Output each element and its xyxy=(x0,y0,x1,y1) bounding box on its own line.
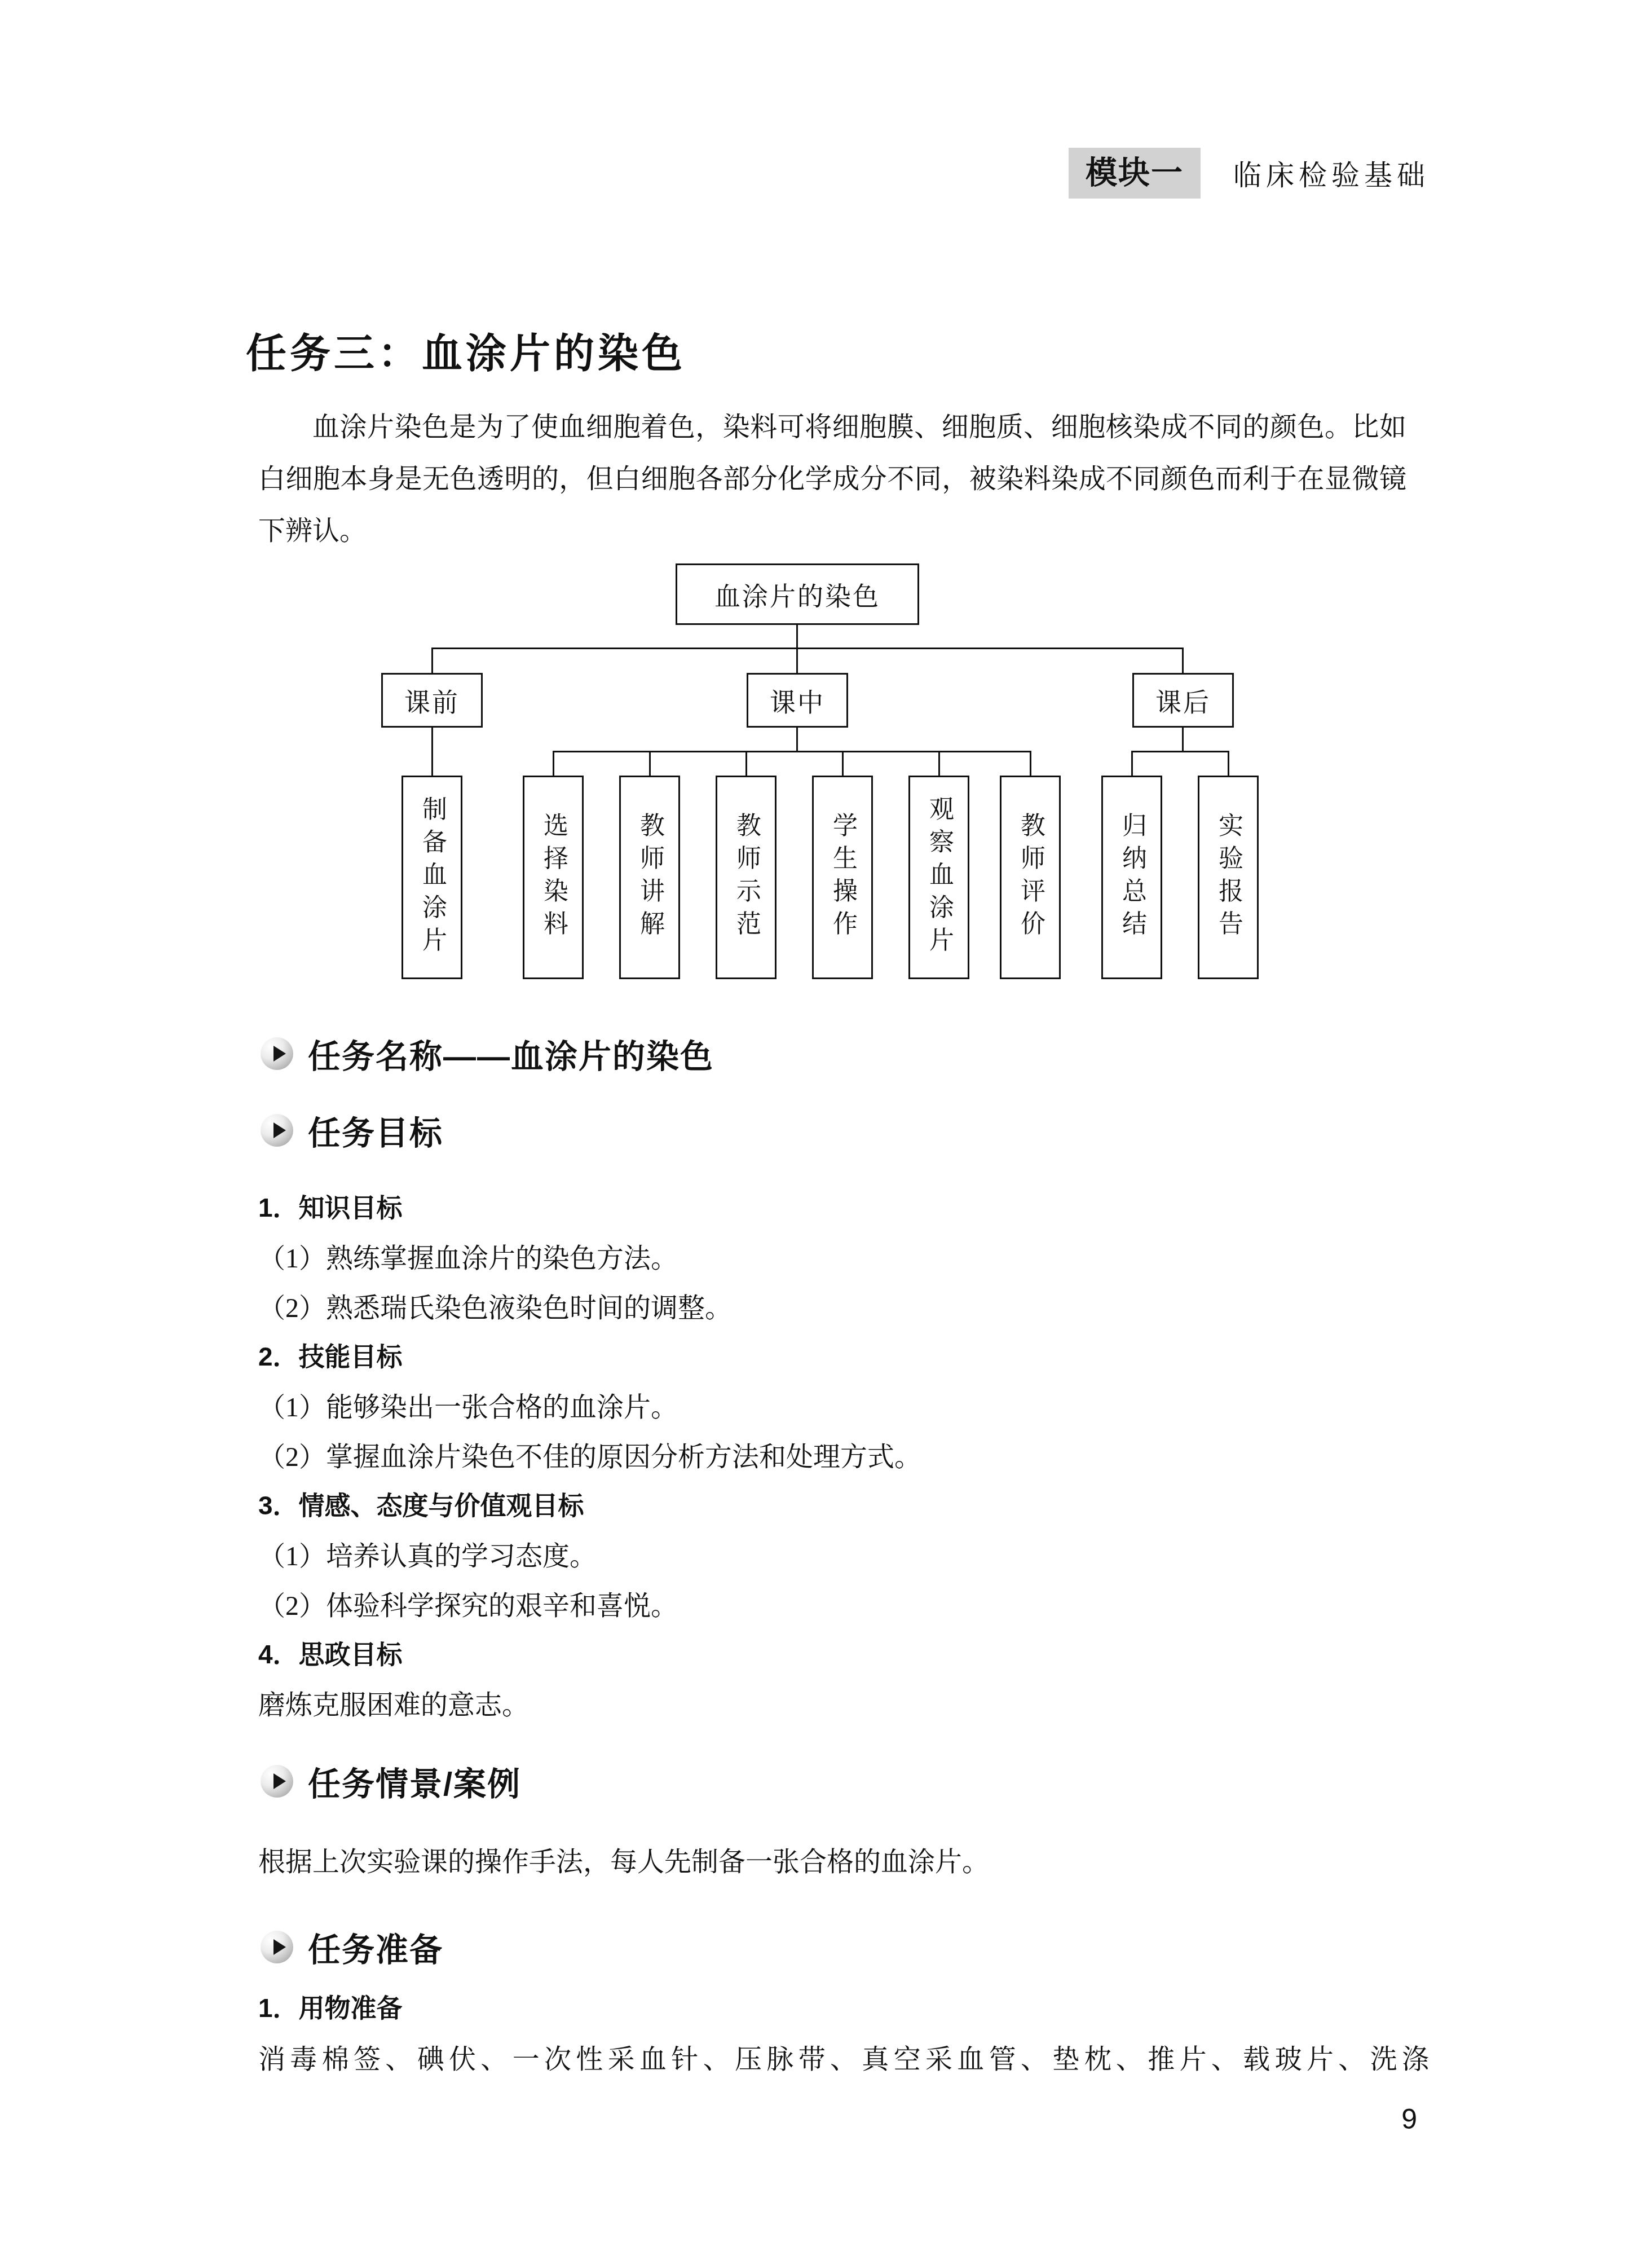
intro-paragraph: 血涂片染色是为了使血细胞着色，染料可将细胞膜、细胞质、细胞核染成不同的颜色。比如… xyxy=(258,402,1406,557)
connector-line xyxy=(796,728,798,751)
flow-node-during-class: 课中 xyxy=(747,673,848,728)
objectives-list: 1．知识目标 （1）熟练掌握血涂片的染色方法。 （2）熟悉瑞氏染色液染色时间的调… xyxy=(258,1181,1409,1727)
objective-item: （1）能够染出一张合格的血涂片。 xyxy=(258,1380,1409,1429)
objective-item: （1）熟练掌握血涂片的染色方法。 xyxy=(258,1231,1409,1280)
module-badge: 模块一 xyxy=(1069,148,1201,199)
connector-line xyxy=(431,648,1184,649)
connector-line xyxy=(796,649,798,673)
connector-line xyxy=(1131,752,1133,776)
section-title: 任务准备 xyxy=(308,1923,443,1971)
flow-leaf-prepare-smear: 制备血涂片 xyxy=(402,776,462,979)
page-header: 模块一 临床检验基础 xyxy=(1069,148,1430,199)
objective-head: 4．思政目标 xyxy=(258,1628,1409,1677)
preparation-heading: 1．用物准备 xyxy=(258,1988,403,2025)
book-page: { "header": { "module_badge": "模块一", "mo… xyxy=(0,0,1628,2268)
objective-head: 3．情感、态度与价值观目标 xyxy=(258,1479,1409,1529)
flow-node-root-label: 血涂片的染色 xyxy=(714,576,880,613)
module-title: 临床检验基础 xyxy=(1233,153,1430,193)
flow-node-label: 课后 xyxy=(1155,682,1211,719)
flow-leaf-teacher-explain: 教师讲解 xyxy=(619,776,680,979)
objective-item: （1）培养认真的学习态度。 xyxy=(258,1529,1409,1578)
connector-line xyxy=(1131,751,1229,752)
flow-leaf-label: 观察血涂片 xyxy=(921,796,957,959)
connector-line xyxy=(553,752,554,776)
flow-leaf-label: 实验报告 xyxy=(1210,812,1246,943)
section-bullet-icon xyxy=(261,1931,293,1963)
page-title: 任务三：血涂片的染色 xyxy=(246,320,686,379)
section-title: 任务情景/案例 xyxy=(308,1758,521,1805)
flow-leaf-label: 学生操作 xyxy=(824,812,861,943)
connector-line xyxy=(1182,728,1184,751)
section-title: 任务目标 xyxy=(308,1107,443,1154)
connector-line xyxy=(431,649,433,673)
section-header-task-preparation: 任务准备 xyxy=(261,1927,443,1967)
objective-item: 磨炼克服困难的意志。 xyxy=(258,1677,1409,1727)
flow-leaf-observe-smear: 观察血涂片 xyxy=(908,776,969,979)
flow-leaf-lab-report: 实验报告 xyxy=(1198,776,1259,979)
objective-head: 1．知识目标 xyxy=(258,1181,1409,1231)
flowchart: 血涂片的染色 课前 课中 课后 制备血涂片 选择染料 教师讲解 教师示范 学生操… xyxy=(310,536,1325,993)
objective-item: （2）熟悉瑞氏染色液染色时间的调整。 xyxy=(258,1280,1409,1330)
flow-node-before-class: 课前 xyxy=(381,673,483,728)
flow-leaf-teacher-demo: 教师示范 xyxy=(716,776,777,979)
section-bullet-icon xyxy=(261,1114,293,1147)
flow-leaf-choose-stain: 选择染料 xyxy=(523,776,584,979)
connector-line xyxy=(745,752,747,776)
preparation-paragraph: 消毒棉签、碘伏、一次性采血针、压脉带、真空采血管、垫枕、推片、载玻片、洗涤 xyxy=(258,2037,1429,2076)
flow-leaf-label: 教师示范 xyxy=(728,812,764,943)
scenario-paragraph: 根据上次实验课的操作手法，每人先制备一张合格的血涂片。 xyxy=(258,1834,1406,1884)
flow-leaf-student-practice: 学生操作 xyxy=(812,776,873,979)
connector-line xyxy=(796,625,798,648)
section-header-task-name: 任务名称——血涂片的染色 xyxy=(261,1033,714,1074)
connector-line xyxy=(842,752,844,776)
flow-leaf-label: 教师讲解 xyxy=(632,812,668,943)
section-header-task-objectives: 任务目标 xyxy=(261,1110,443,1151)
play-triangle-icon xyxy=(273,1773,286,1789)
connector-line xyxy=(938,752,940,776)
flow-leaf-summarize: 归纳总结 xyxy=(1101,776,1162,979)
flow-leaf-label: 归纳总结 xyxy=(1114,812,1150,943)
connector-line xyxy=(649,752,651,776)
objective-head: 2．技能目标 xyxy=(258,1330,1409,1380)
connector-line xyxy=(431,728,433,776)
flow-leaf-teacher-evaluate: 教师评价 xyxy=(1000,776,1061,979)
connector-line xyxy=(1030,752,1031,776)
flow-node-after-class: 课后 xyxy=(1132,673,1234,728)
objective-item: （2）体验科学探究的艰辛和喜悦。 xyxy=(258,1578,1409,1628)
section-bullet-icon xyxy=(261,1765,293,1798)
page-number: 9 xyxy=(1401,2103,1417,2135)
flow-node-label: 课中 xyxy=(770,682,825,719)
connector-line xyxy=(553,751,1031,752)
flow-leaf-label: 制备血涂片 xyxy=(414,796,450,959)
flow-leaf-label: 选择染料 xyxy=(535,812,571,943)
section-title: 任务名称——血涂片的染色 xyxy=(308,1030,714,1077)
section-bullet-icon xyxy=(261,1037,293,1070)
flow-leaf-label: 教师评价 xyxy=(1012,812,1048,943)
flow-node-root: 血涂片的染色 xyxy=(676,563,919,625)
play-triangle-icon xyxy=(273,1046,286,1062)
connector-line xyxy=(1182,649,1184,673)
objective-item: （2）掌握血涂片染色不佳的原因分析方法和处理方式。 xyxy=(258,1429,1409,1479)
section-header-task-scenario: 任务情景/案例 xyxy=(261,1761,521,1802)
flow-node-label: 课前 xyxy=(404,682,460,719)
connector-line xyxy=(1228,752,1229,776)
play-triangle-icon xyxy=(273,1939,286,1955)
play-triangle-icon xyxy=(273,1122,286,1138)
